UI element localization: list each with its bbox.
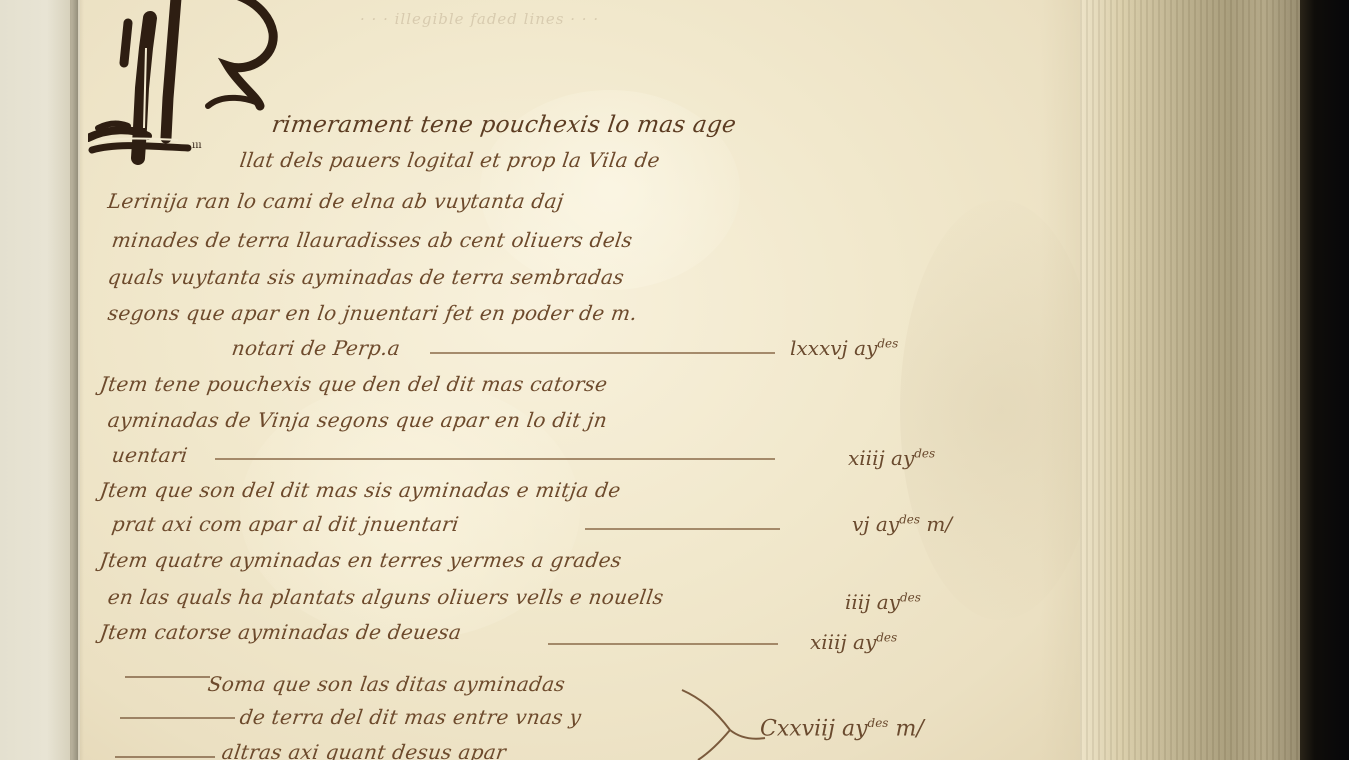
text-line-12: prat axi com apar al dit jnuentari [110, 512, 460, 536]
summary-dash [125, 676, 210, 678]
summary-dash [115, 756, 215, 758]
text-line-7: notari de Perp.a [230, 336, 401, 360]
line-filler-rule [430, 352, 775, 354]
text-line-6: segons que apar en lo jnuentari fet en p… [106, 301, 639, 325]
text-line-5: quals vuytanta sis ayminadas de terra se… [106, 265, 625, 289]
text-line-1: rimerament tene pouchexis lo mas age [270, 112, 738, 138]
text-line-15: Jtem catorse ayminadas de deuesa [98, 620, 463, 644]
summary-line-2: de terra del dit mas entre vnas y [238, 705, 583, 729]
faded-header-text: · · · illegible faded lines · · · [360, 6, 1000, 101]
summary-total: Cxxviij aydes m/ [760, 716, 924, 741]
text-line-3: Lerinija ran lo cami de elna ab vuytanta… [106, 189, 565, 213]
text-line-8: Jtem tene pouchexis que den del dit mas … [98, 372, 609, 396]
amount-entry-1: lxxxvj aydes [790, 336, 898, 360]
text-line-14: en las quals ha plantats alguns oliuers … [106, 585, 665, 609]
amount-entry-5: xiiij aydes [810, 630, 897, 654]
text-line-9: ayminadas de Vinja segons que apar en lo… [106, 408, 608, 432]
text-line-4: minades de terra llauradisses ab cent ol… [110, 228, 634, 252]
left-facing-page [0, 0, 78, 760]
gutter-shadow [70, 0, 84, 760]
line-filler-rule [585, 528, 780, 530]
line-filler-rule [215, 458, 775, 460]
dark-background [1300, 0, 1349, 760]
amount-entry-4: iiij aydes [845, 590, 921, 614]
amount-entry-3: vj aydes m/ [852, 512, 952, 536]
text-line-13: Jtem quatre ayminadas en terres yermes a… [98, 548, 623, 572]
line-filler-rule [548, 643, 778, 645]
page-stack-edge [1080, 0, 1310, 760]
summary-line-3: altras axi quant desus apar [220, 740, 507, 760]
amount-entry-2: xiiij aydes [848, 446, 935, 470]
text-line-11: Jtem que son del dit mas sis ayminadas e… [98, 478, 622, 502]
text-line-2: llat dels pauers logital et prop la Vila… [238, 148, 661, 172]
summary-line-1: Soma que son las ditas ayminadas [206, 672, 566, 696]
summary-brace-icon [680, 680, 770, 760]
text-line-10: uentari [110, 443, 189, 467]
initial-flourish: ııı [192, 140, 202, 151]
summary-dash [120, 717, 235, 719]
